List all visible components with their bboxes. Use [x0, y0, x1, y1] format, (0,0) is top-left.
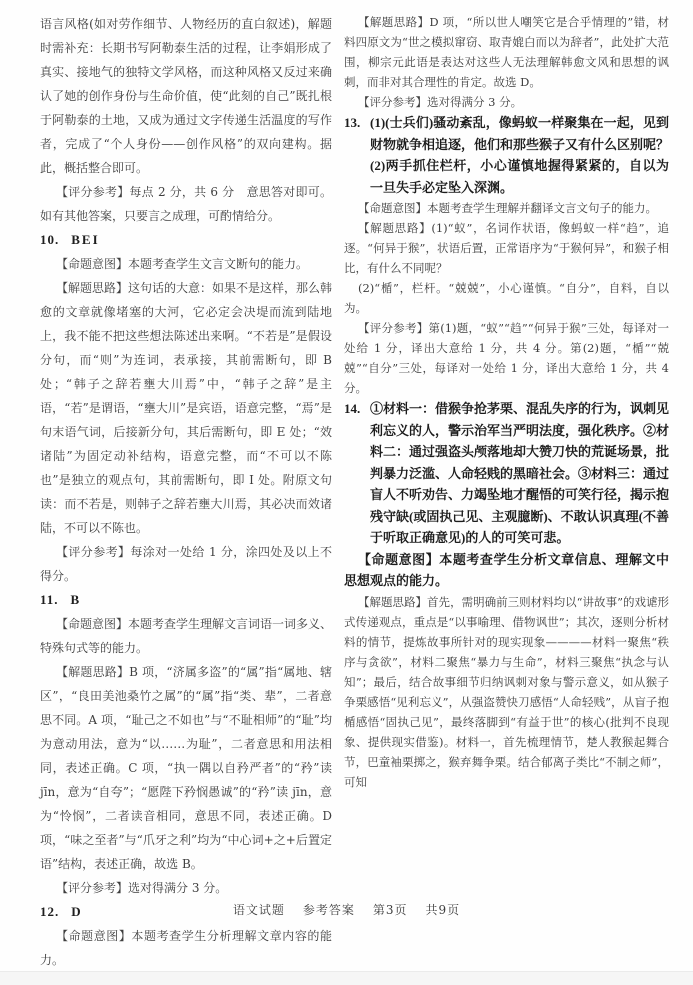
- question-11-answer: B: [71, 592, 82, 607]
- footer-page-total: 共9页: [426, 903, 461, 917]
- question-10-number: 10.: [40, 232, 59, 247]
- question-10-analysis: 【解题思路】这句话的大意：如果不是这样，那么韩愈的文章就像堵塞的大河，它必定会决…: [40, 276, 332, 540]
- question-11-answer-line: 11.B: [40, 588, 332, 612]
- left-column: 语言风格(如对劳作细节、人物经历的直白叙述)，解题时需补充：长期书写阿勒泰生活的…: [40, 12, 332, 972]
- two-column-layout: 语言风格(如对劳作细节、人物经历的直白叙述)，解题时需补充：长期书写阿勒泰生活的…: [0, 0, 693, 972]
- question-10-answer: BEI: [71, 232, 99, 247]
- footer-page-number: 第3页: [373, 903, 408, 917]
- question-11-analysis: 【解题思路】B 项，“济属多盗”的“属”指“属地、辖区”，“良田美池桑竹之属”的…: [40, 660, 332, 876]
- question-13-translation-2: (2)两手抓住栏杆，小心谨慎地握得紧紧的，自以为一旦失手必定坠入深渊。: [370, 155, 669, 198]
- question-11-intent: 【命题意图】本题考查学生理解文言词语一词多义、特殊句式等的能力。: [40, 612, 332, 660]
- page-footer: 语文试题参考答案第3页共9页: [0, 901, 693, 918]
- question-11-number: 11.: [40, 592, 59, 607]
- question-14-intent: 【命题意图】本题考查学生分析文章信息、理解文中思想观点的能力。: [344, 549, 669, 592]
- viewer-bottom-strip: [0, 971, 693, 985]
- question-14-answer-text: ①材料一：借猴争抢茅栗、混乱失序的行为，讽刺见利忘义的人，警示治军当严明法度，强…: [370, 398, 669, 549]
- question-13-scoring: 【评分参考】第(1)题，“蚁”“趋”“何异于猴”三处，每译对一处给 1 分，译出…: [344, 318, 669, 398]
- question-13-translation-1: (1)(士兵们)骚动紊乱，像蚂蚁一样聚集在一起，见到财物就争相追逐，他们和那些猴…: [370, 112, 669, 155]
- question-13-intent: 【命题意图】本题考查学生理解并翻译文言文句子的能力。: [344, 198, 669, 218]
- question-13-number: 13.: [344, 112, 370, 198]
- question-12-intent: 【命题意图】本题考查学生分析理解文章内容的能力。: [40, 924, 332, 972]
- right-column: 【解题思路】D 项，“所以世人嘲笑它是合乎情理的”错，材料四原文为“世之模拟窜窃…: [344, 12, 669, 972]
- question-11-scoring: 【评分参考】选对得满分 3 分。: [40, 876, 332, 900]
- question-13-answer-item: 13. (1)(士兵们)骚动紊乱，像蚂蚁一样聚集在一起，见到财物就争相追逐，他们…: [344, 112, 669, 198]
- question-10-answer-line: 10.BEI: [40, 228, 332, 252]
- scanned-answer-page: 语言风格(如对劳作细节、人物经历的直白叙述)，解题时需补充：长期书写阿勒泰生活的…: [0, 0, 693, 985]
- question-13-analysis-2: (2)“楯”，栏杆。“兢兢”，小心谨慎。“自分”，自料，自以为。: [344, 278, 669, 318]
- question-13-analysis-1: 【解题思路】(1)“蚁”，名词作状语，像蚂蚁一样“趋”，追逐。“何异于猴”，状语…: [344, 218, 669, 278]
- question-12-analysis: 【解题思路】D 项，“所以世人嘲笑它是合乎情理的”错，材料四原文为“世之模拟窜窃…: [344, 12, 669, 92]
- question-10-scoring: 【评分参考】每涂对一处给 1 分，涂四处及以上不得分。: [40, 540, 332, 588]
- question-12-scoring: 【评分参考】选对得满分 3 分。: [344, 92, 669, 112]
- question-14-answer-item: 14. ①材料一：借猴争抢茅栗、混乱失序的行为，讽刺见利忘义的人，警示治军当严明…: [344, 398, 669, 549]
- question-13-answer-body: (1)(士兵们)骚动紊乱，像蚂蚁一样聚集在一起，见到财物就争相追逐，他们和那些猴…: [370, 112, 669, 198]
- footer-doc-title: 语文试题: [233, 903, 285, 917]
- question-14-number: 14.: [344, 398, 370, 549]
- question-14-analysis: 【解题思路】首先，需明确前三则材料均以“讲故事”的戏谑形式传递观点，重点是“以事…: [344, 592, 669, 792]
- scoring-note-q9: 【评分参考】每点 2 分，共 6 分 意思答对即可。如有其他答案，只要言之成理，…: [40, 180, 332, 228]
- continuation-paragraph: 语言风格(如对劳作细节、人物经历的直白叙述)，解题时需补充：长期书写阿勒泰生活的…: [40, 12, 332, 180]
- question-10-intent: 【命题意图】本题考查学生文言文断句的能力。: [40, 252, 332, 276]
- question-14-answer-body: ①材料一：借猴争抢茅栗、混乱失序的行为，讽刺见利忘义的人，警示治军当严明法度，强…: [370, 398, 669, 549]
- footer-section: 参考答案: [303, 903, 355, 917]
